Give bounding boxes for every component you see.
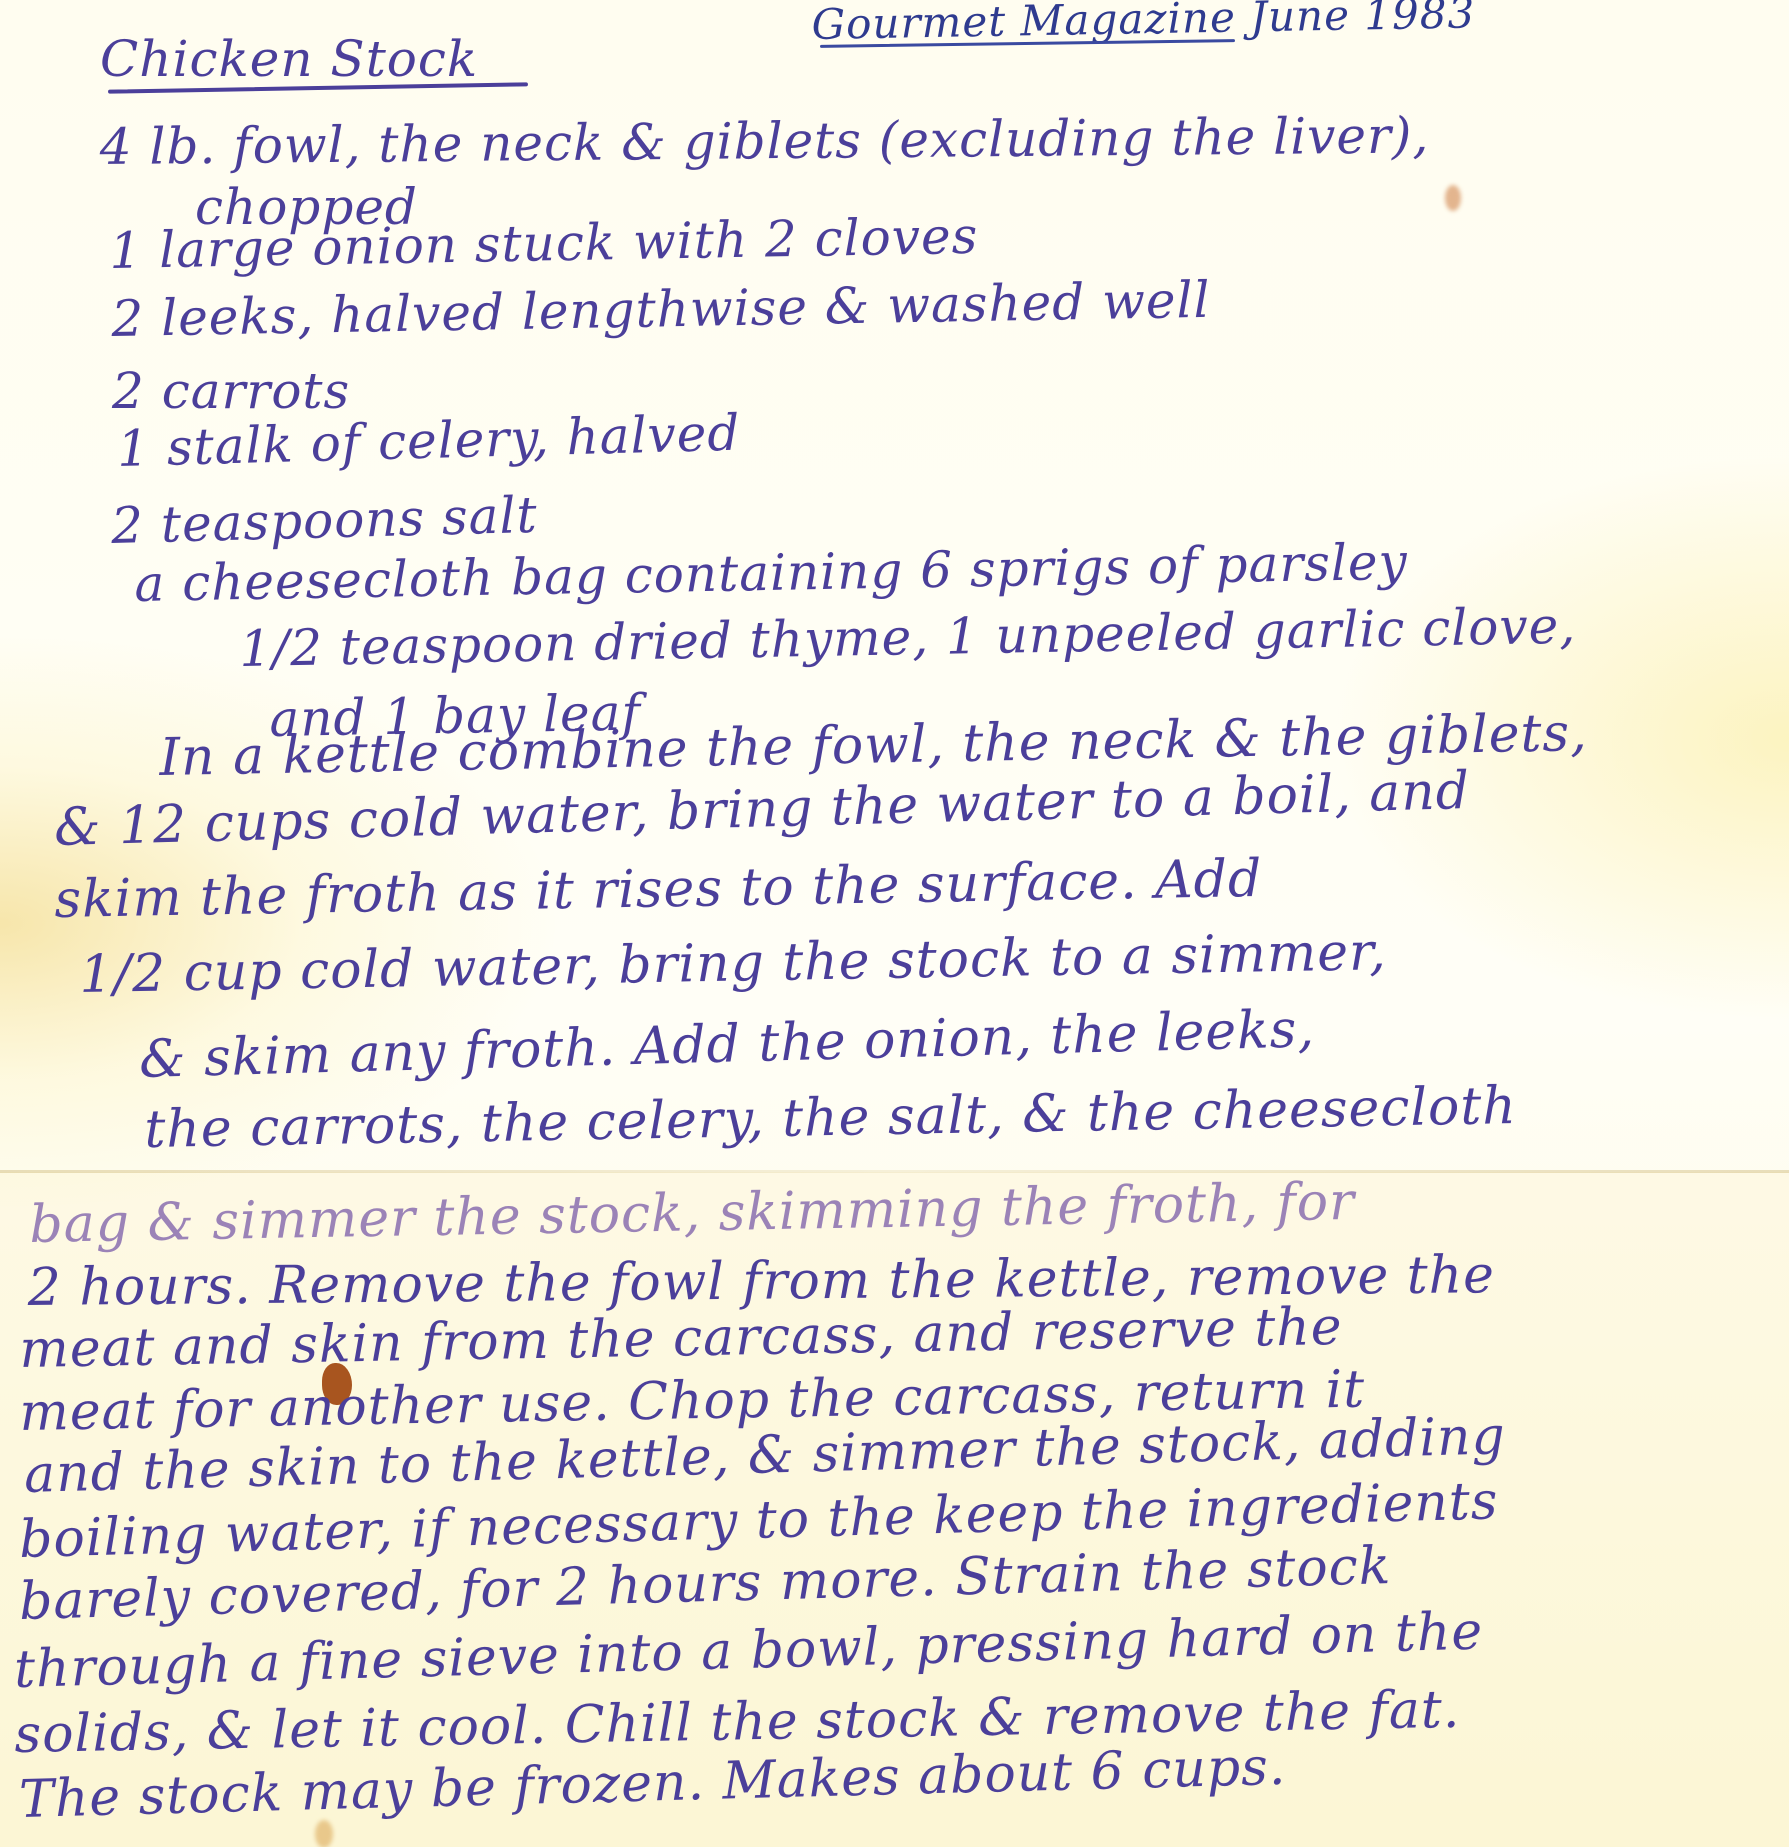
recipe-title: Chicken Stock (100, 30, 478, 88)
direction-line: the carrots, the celery, the salt, & the… (144, 1076, 1517, 1160)
paper-fold-line (0, 1170, 1789, 1173)
recipe-card: Gourmet Magazine June 1983 Chicken Stock… (0, 0, 1789, 1847)
ingredient-line: 4 lb. fowl, the neck & giblets (excludin… (99, 106, 1429, 176)
ingredient-line: 1/2 teaspoon dried thyme, 1 unpeeled gar… (239, 597, 1577, 678)
direction-line: & skim any froth. Add the onion, the lee… (138, 999, 1315, 1090)
ingredient-line: 2 carrots (112, 362, 350, 420)
stain-spot (1445, 185, 1461, 211)
ingredient-line: 2 leeks, halved lengthwise & washed well (111, 271, 1211, 348)
stain-spot (315, 1820, 333, 1847)
direction-line: 1/2 cup cold water, bring the stock to a… (79, 922, 1387, 1005)
direction-line: skim the froth as it rises to the surfac… (54, 849, 1263, 930)
ingredient-line: 2 teaspoons salt (110, 486, 538, 555)
